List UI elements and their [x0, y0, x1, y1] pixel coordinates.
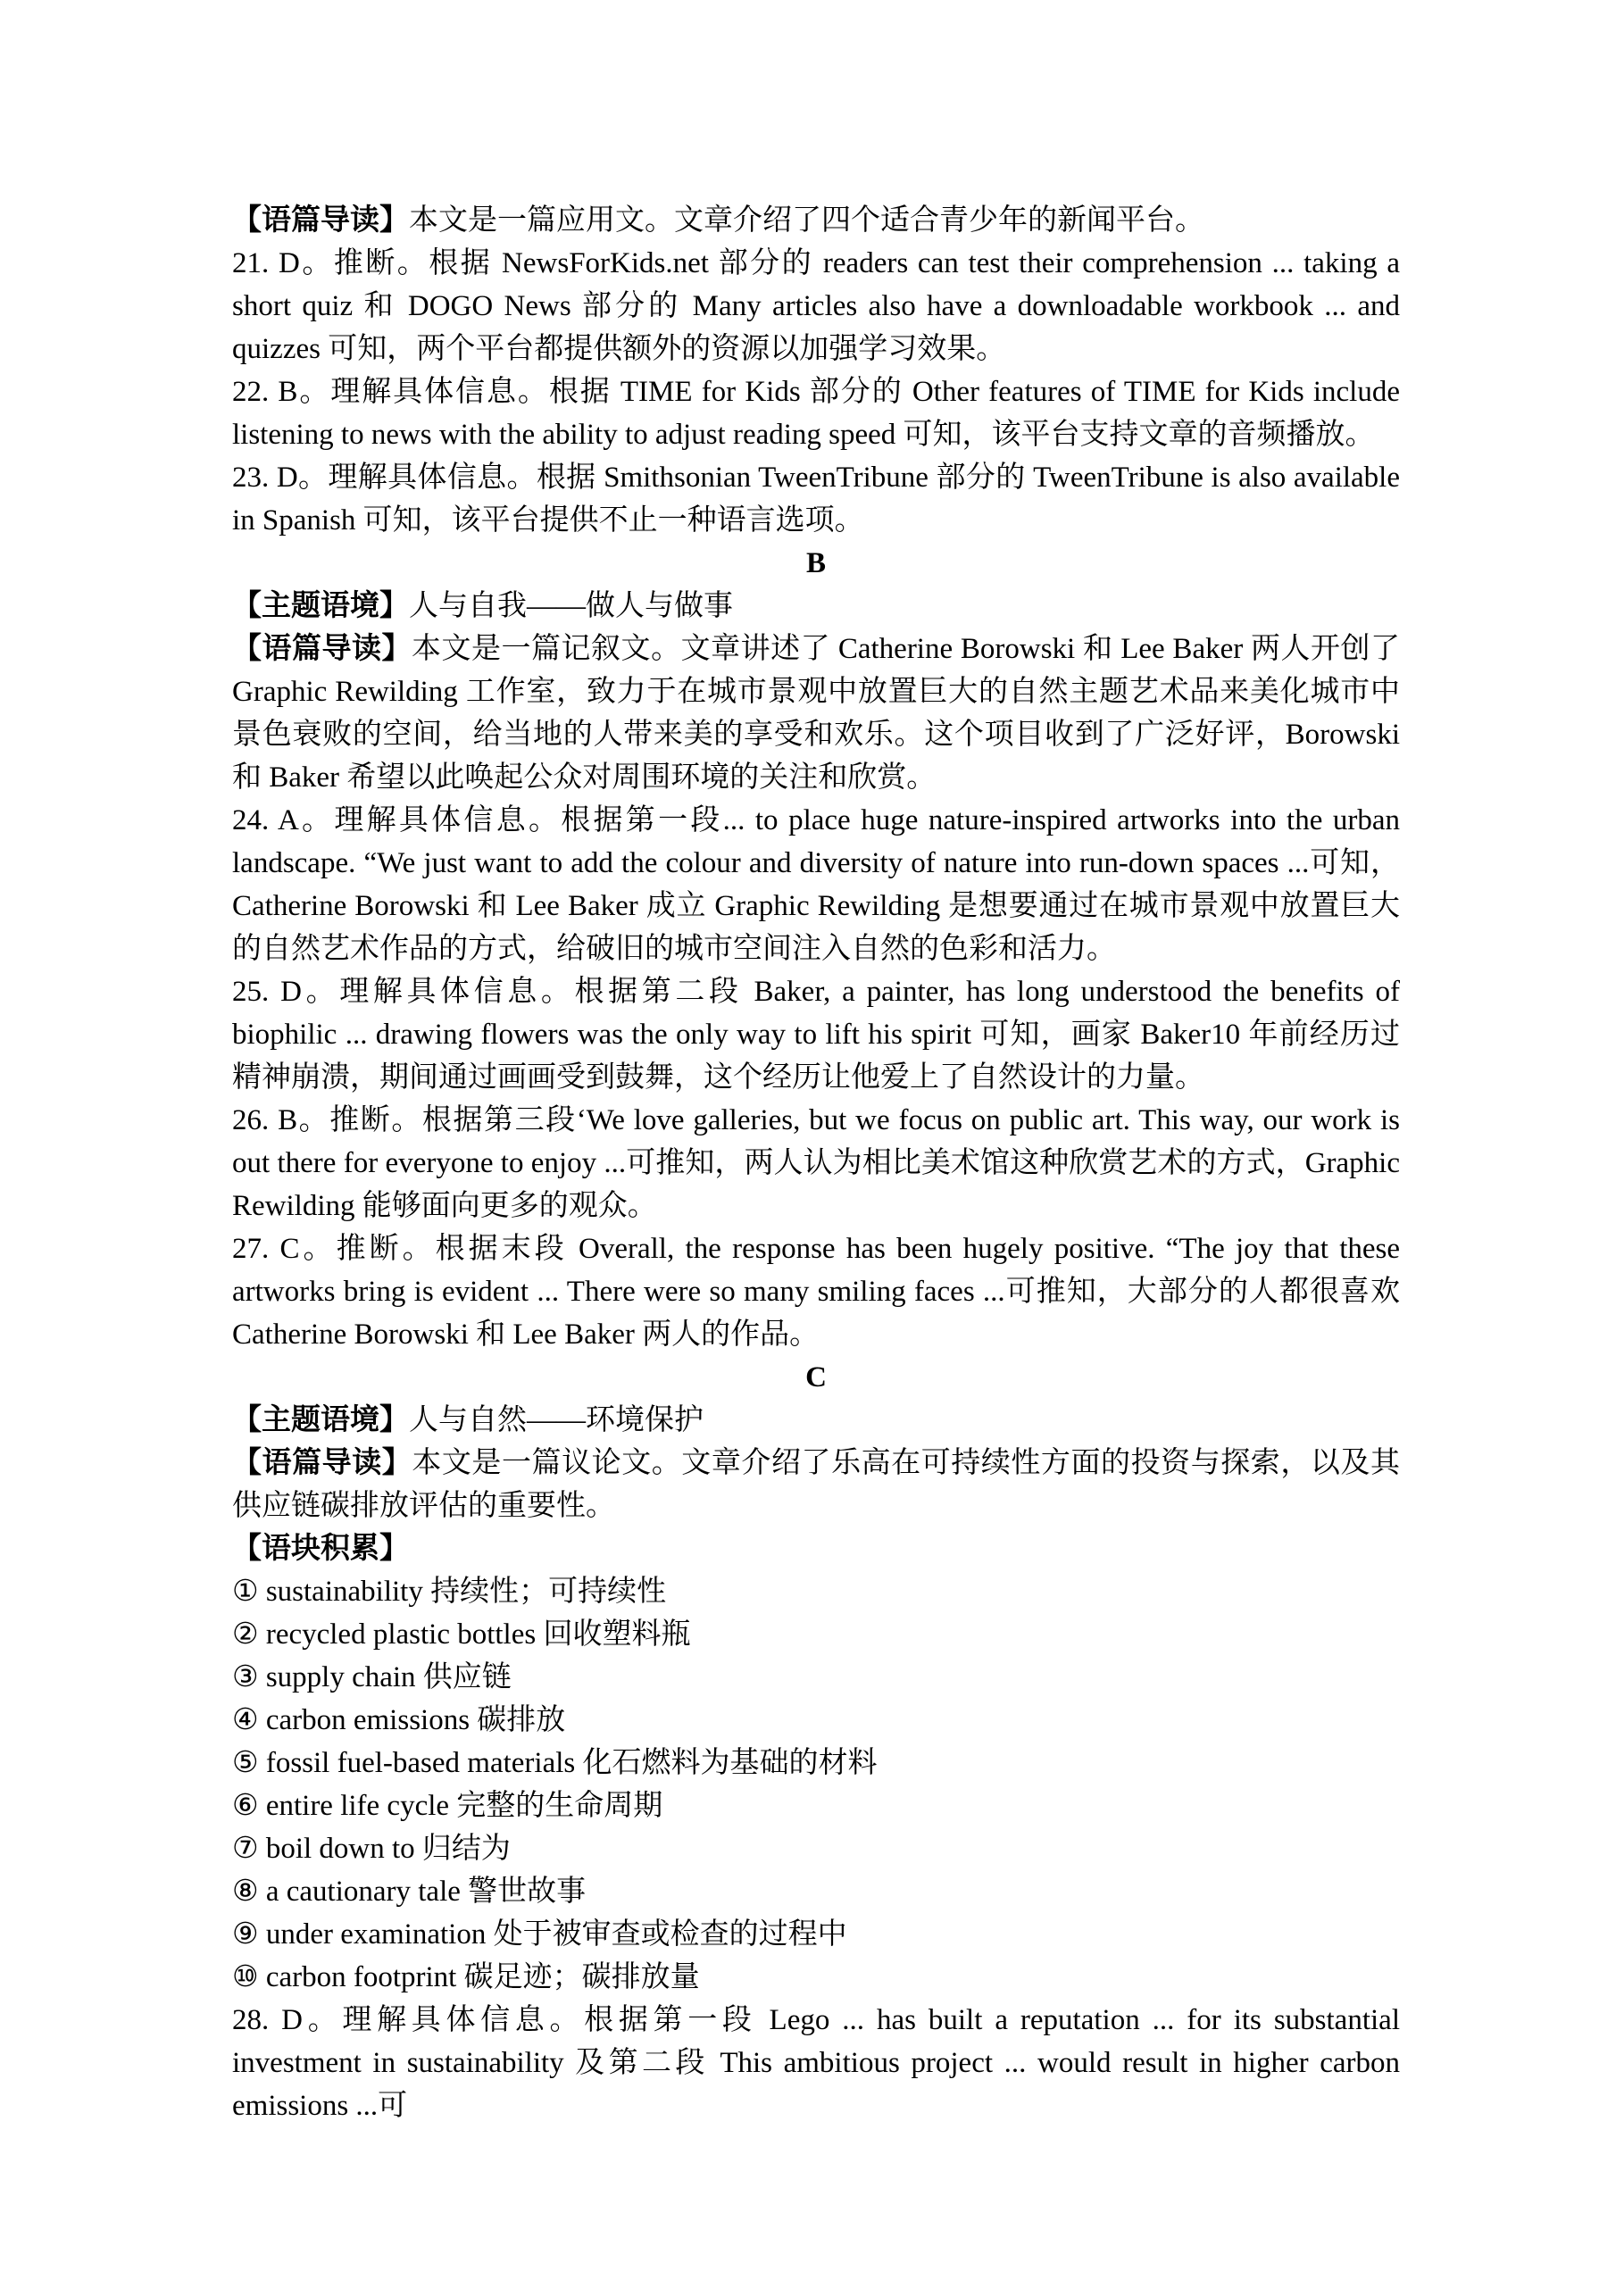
- answer-key-content: 【语篇导读】本文是一篇应用文。文章介绍了四个适合青少年的新闻平台。21. D。推…: [232, 199, 1400, 2127]
- text-run: 23. D。理解具体信息。根据 Smithsonian TweenTribune…: [232, 462, 1400, 537]
- text-run: 22. B。理解具体信息。根据 TIME for Kids 部分的 Other …: [232, 376, 1400, 451]
- text-run: 28. D。理解具体信息。根据第一段 Lego ... has built a …: [232, 2004, 1400, 2122]
- paragraph: 【语篇导读】本文是一篇议论文。文章介绍了乐高在可持续性方面的投资与探索，以及其供…: [232, 1442, 1400, 1527]
- text-run: 25. D。理解具体信息。根据第二段 Baker, a painter, has…: [232, 976, 1400, 1094]
- text-run: ④ carbon emissions 碳排放: [232, 1704, 565, 1736]
- text-run: 27. C。推断。根据末段 Overall, the response has …: [232, 1233, 1400, 1351]
- text-run: ① sustainability 持续性；可持续性: [232, 1576, 666, 1608]
- text-run: 26. B。推断。根据第三段‘We love galleries, but we…: [232, 1104, 1400, 1222]
- vocab-list-item: ① sustainability 持续性；可持续性: [232, 1570, 1400, 1613]
- section-heading: B: [232, 542, 1400, 585]
- vocab-list-item: ⑤ fossil fuel-based materials 化石燃料为基础的材料: [232, 1742, 1400, 1784]
- text-run: ② recycled plastic bottles 回收塑料瓶: [232, 1618, 690, 1651]
- text-run: ⑩ carbon footprint 碳足迹；碳排放量: [232, 1961, 700, 1993]
- document-page: 【语篇导读】本文是一篇应用文。文章介绍了四个适合青少年的新闻平台。21. D。推…: [0, 0, 1624, 2296]
- paragraph: 21. D。推断。根据 NewsForKids.net 部分的 readers …: [232, 242, 1400, 370]
- text-run: ③ supply chain 供应链: [232, 1661, 512, 1693]
- vocab-list-item: ② recycled plastic bottles 回收塑料瓶: [232, 1613, 1400, 1656]
- vocab-list-item: ⑧ a cautionary tale 警世故事: [232, 1870, 1400, 1913]
- paragraph: 28. D。理解具体信息。根据第一段 Lego ... has built a …: [232, 1999, 1400, 2127]
- paragraph: 【语篇导读】本文是一篇记叙文。文章讲述了 Catherine Borowski …: [232, 628, 1400, 799]
- text-run: ⑥ entire life cycle 完整的生命周期: [232, 1790, 662, 1822]
- text-run: 本文是一篇应用文。文章介绍了四个适合青少年的新闻平台。: [409, 204, 1204, 237]
- section-heading: C: [232, 1356, 1400, 1399]
- text-run: ⑤ fossil fuel-based materials 化石燃料为基础的材料: [232, 1747, 877, 1779]
- text-run: C: [805, 1361, 827, 1393]
- vocab-list-item: ④ carbon emissions 碳排放: [232, 1699, 1400, 1742]
- paragraph: 22. B。理解具体信息。根据 TIME for Kids 部分的 Other …: [232, 370, 1400, 456]
- text-run: 21. D。推断。根据 NewsForKids.net 部分的 readers …: [232, 247, 1400, 365]
- text-run: 人与自我——做人与做事: [409, 590, 733, 622]
- vocab-list-item: ⑦ boil down to 归结为: [232, 1827, 1400, 1870]
- text-run: B: [806, 547, 826, 579]
- text-run: 人与自然——环境保护: [409, 1404, 704, 1436]
- bracket-label: 【主题语境】: [232, 1404, 409, 1436]
- vocab-list-item: ⑥ entire life cycle 完整的生命周期: [232, 1784, 1400, 1827]
- paragraph: 23. D。理解具体信息。根据 Smithsonian TweenTribune…: [232, 456, 1400, 542]
- vocab-list-item: ③ supply chain 供应链: [232, 1656, 1400, 1699]
- vocab-list-item: ⑩ carbon footprint 碳足迹；碳排放量: [232, 1956, 1400, 1999]
- text-run: 24. A。理解具体信息。根据第一段... to place huge natu…: [232, 804, 1400, 965]
- paragraph: 27. C。推断。根据末段 Overall, the response has …: [232, 1227, 1400, 1356]
- bracket-label: 【语块积累】: [232, 1533, 409, 1565]
- bracket-label: 【主题语境】: [232, 590, 409, 622]
- paragraph: 【主题语境】人与自然——环境保护: [232, 1399, 1400, 1442]
- paragraph: 25. D。理解具体信息。根据第二段 Baker, a painter, has…: [232, 970, 1400, 1099]
- bracket-label: 【语篇导读】: [232, 204, 409, 237]
- paragraph: 24. A。理解具体信息。根据第一段... to place huge natu…: [232, 799, 1400, 970]
- vocab-list-item: ⑨ under examination 处于被审查或检查的过程中: [232, 1913, 1400, 1956]
- text-run: ⑨ under examination 处于被审查或检查的过程中: [232, 1918, 847, 1951]
- text-run: ⑧ a cautionary tale 警世故事: [232, 1876, 586, 1908]
- paragraph: 【语块积累】: [232, 1527, 1400, 1570]
- paragraph: 26. B。推断。根据第三段‘We love galleries, but we…: [232, 1099, 1400, 1227]
- text-run: ⑦ boil down to 归结为: [232, 1833, 511, 1865]
- bracket-label: 【语篇导读】: [232, 1447, 412, 1479]
- bracket-label: 【语篇导读】: [232, 633, 412, 665]
- paragraph: 【语篇导读】本文是一篇应用文。文章介绍了四个适合青少年的新闻平台。: [232, 199, 1400, 242]
- paragraph: 【主题语境】人与自我——做人与做事: [232, 585, 1400, 628]
